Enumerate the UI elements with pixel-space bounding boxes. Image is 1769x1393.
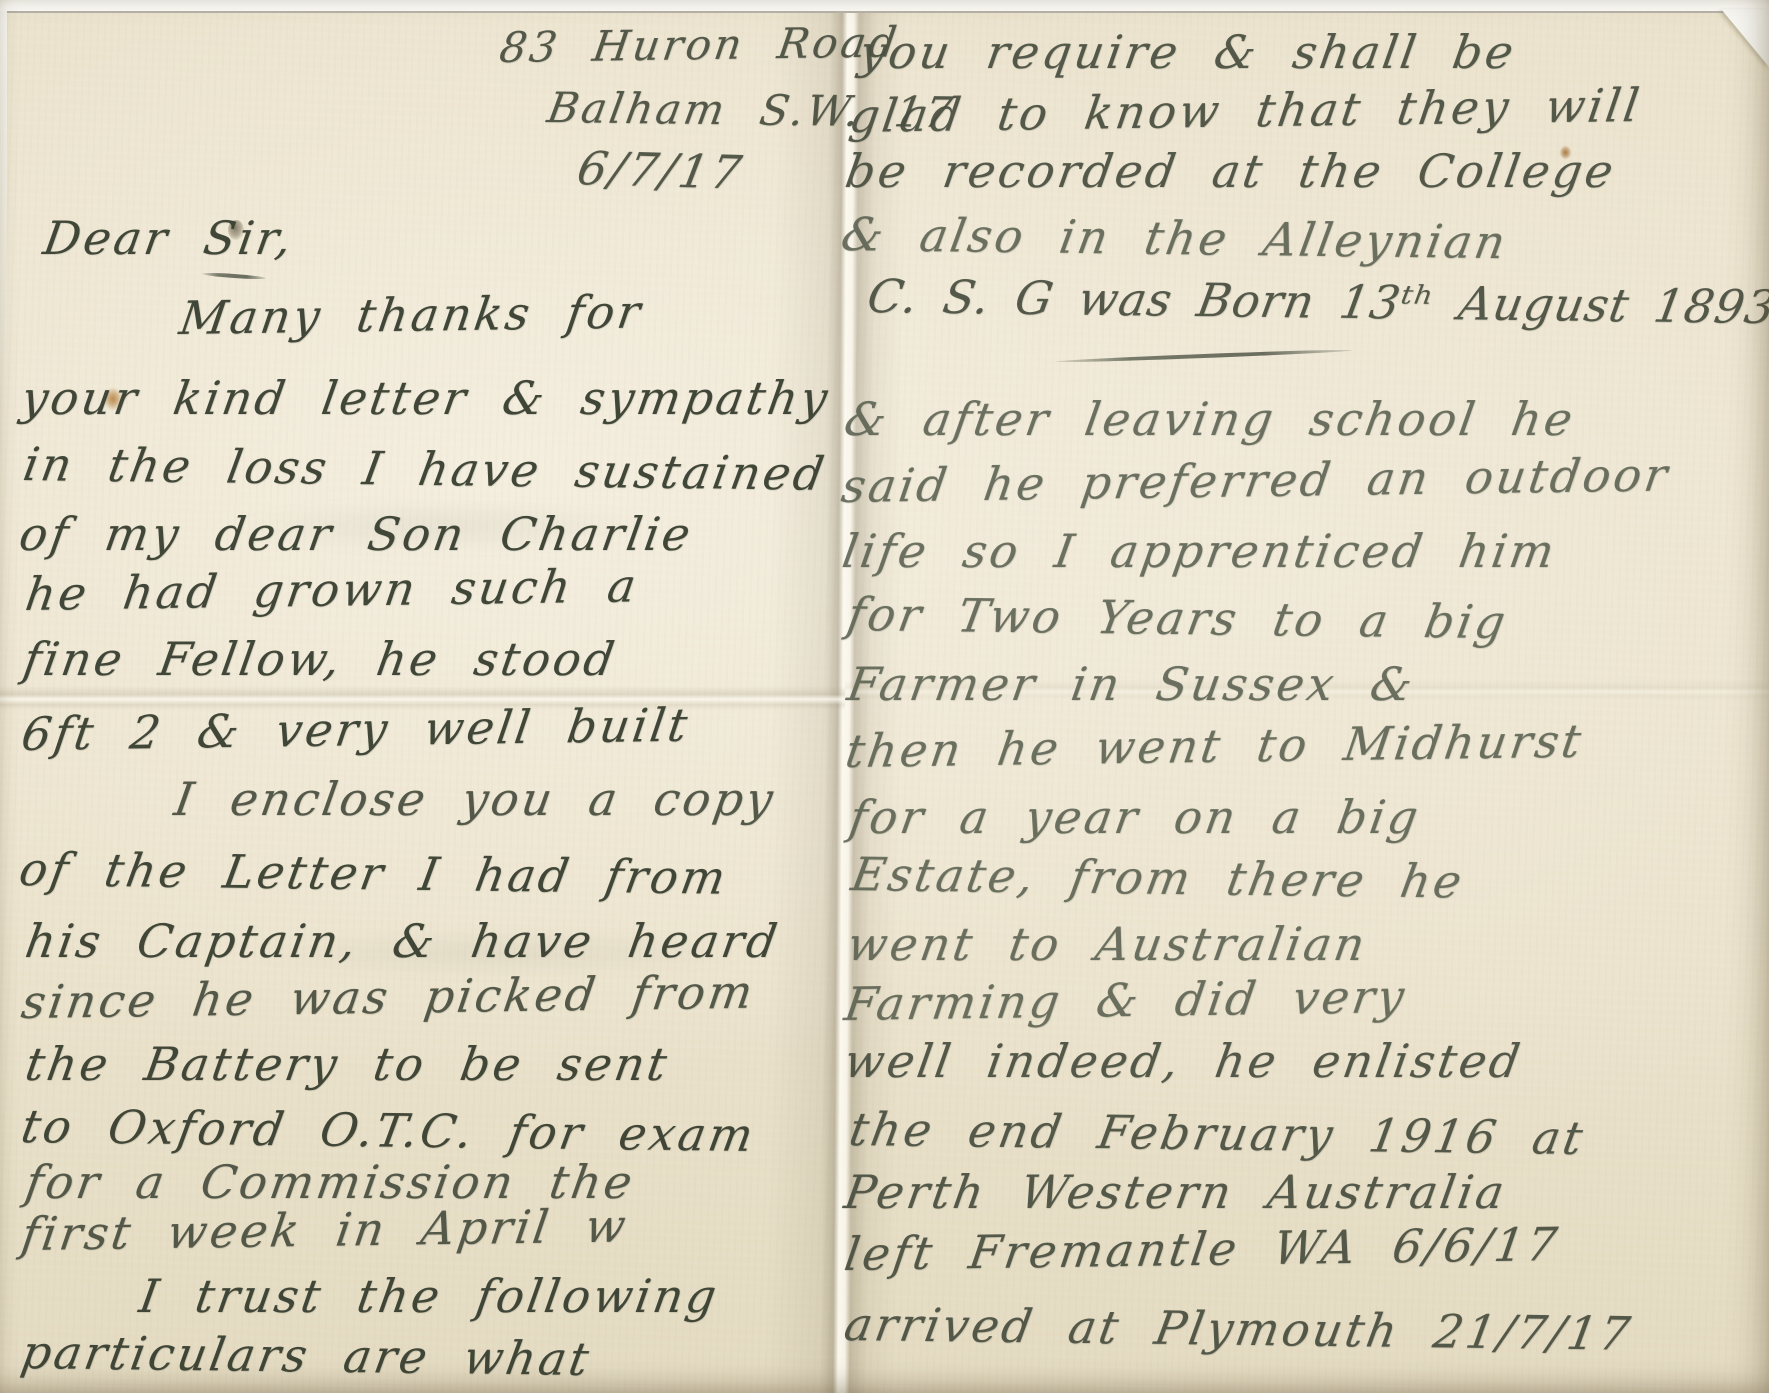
- letter-line: left Fremantle WA 6/6/17: [841, 1218, 1563, 1281]
- salutation: Dear Sir,: [40, 212, 298, 265]
- letter-line: for Two Years to a big: [843, 588, 1511, 649]
- letter-line: Many thanks for: [176, 286, 646, 345]
- scanner-background-top: [0, 0, 1769, 13]
- letter-line: fine Fellow, he stood: [20, 633, 621, 686]
- letter-line: then he went to Midhurst: [842, 715, 1587, 778]
- letter-line: since he was picked from: [18, 966, 759, 1029]
- letter-line: for a year on a big: [846, 791, 1425, 844]
- letter-line: I trust the following: [136, 1270, 723, 1323]
- letter-scan: 83 Huron Road Balham S.W. 17 6/7/17 Dear…: [0, 0, 1769, 1393]
- letter-line: of my dear Son Charlie: [16, 508, 697, 561]
- letter-line: 6ft 2 & very well built: [18, 699, 693, 761]
- letter-line: I enclose you a copy: [171, 773, 780, 826]
- letter-line: in the loss I have sustained: [19, 438, 830, 501]
- birthdate-underline-stroke: [1055, 348, 1353, 363]
- letter-line: to Oxford O.T.C. for exam: [17, 1100, 759, 1162]
- address-line-1: 83 Huron Road: [497, 18, 903, 72]
- letter-line: & after leaving school he: [841, 393, 1579, 446]
- letter-line: you require & shall be: [856, 26, 1520, 79]
- paper-corner-top-right: [1721, 9, 1769, 67]
- letter-line: Estate, from there he: [847, 848, 1468, 908]
- letter-line: glad to know that they will: [846, 79, 1645, 143]
- birth-record-line: C. S. G was Born 13ᵗʰ August 1893: [863, 270, 1769, 334]
- letter-line: Farming & did very: [841, 970, 1410, 1031]
- letter-date: 6/7/17: [573, 142, 748, 200]
- letter-line: went to Australian: [844, 918, 1371, 971]
- letter-line: first week in April w: [18, 1200, 632, 1261]
- letter-line: life so I apprenticed him: [839, 525, 1561, 578]
- letter-line: said he preferred an outdoor: [838, 448, 1673, 512]
- letter-line: & also in the Alleynian: [837, 208, 1511, 269]
- letter-line: arrived at Plymouth 21/7/17: [840, 1298, 1636, 1361]
- letter-line: your kind letter & sympathy: [18, 372, 834, 425]
- letter-line: be recorded at the College: [842, 145, 1620, 198]
- letter-line: of the Letter I had from: [15, 843, 732, 905]
- letter-line: his Captain, & have heard: [22, 915, 784, 968]
- letter-line: he had grown such a: [22, 559, 642, 620]
- salutation-underline-stroke: [202, 272, 266, 280]
- letter-line: Farmer in Sussex &: [844, 658, 1419, 711]
- letter-line: well indeed, he enlisted: [841, 1035, 1526, 1088]
- letter-line: Perth Western Australia: [841, 1166, 1511, 1219]
- paper-edge-left: [0, 11, 7, 441]
- letter-line: particulars are what: [17, 1326, 595, 1386]
- letter-line: the Battery to be sent: [22, 1038, 673, 1091]
- letter-line: the end February 1916 at: [845, 1103, 1589, 1165]
